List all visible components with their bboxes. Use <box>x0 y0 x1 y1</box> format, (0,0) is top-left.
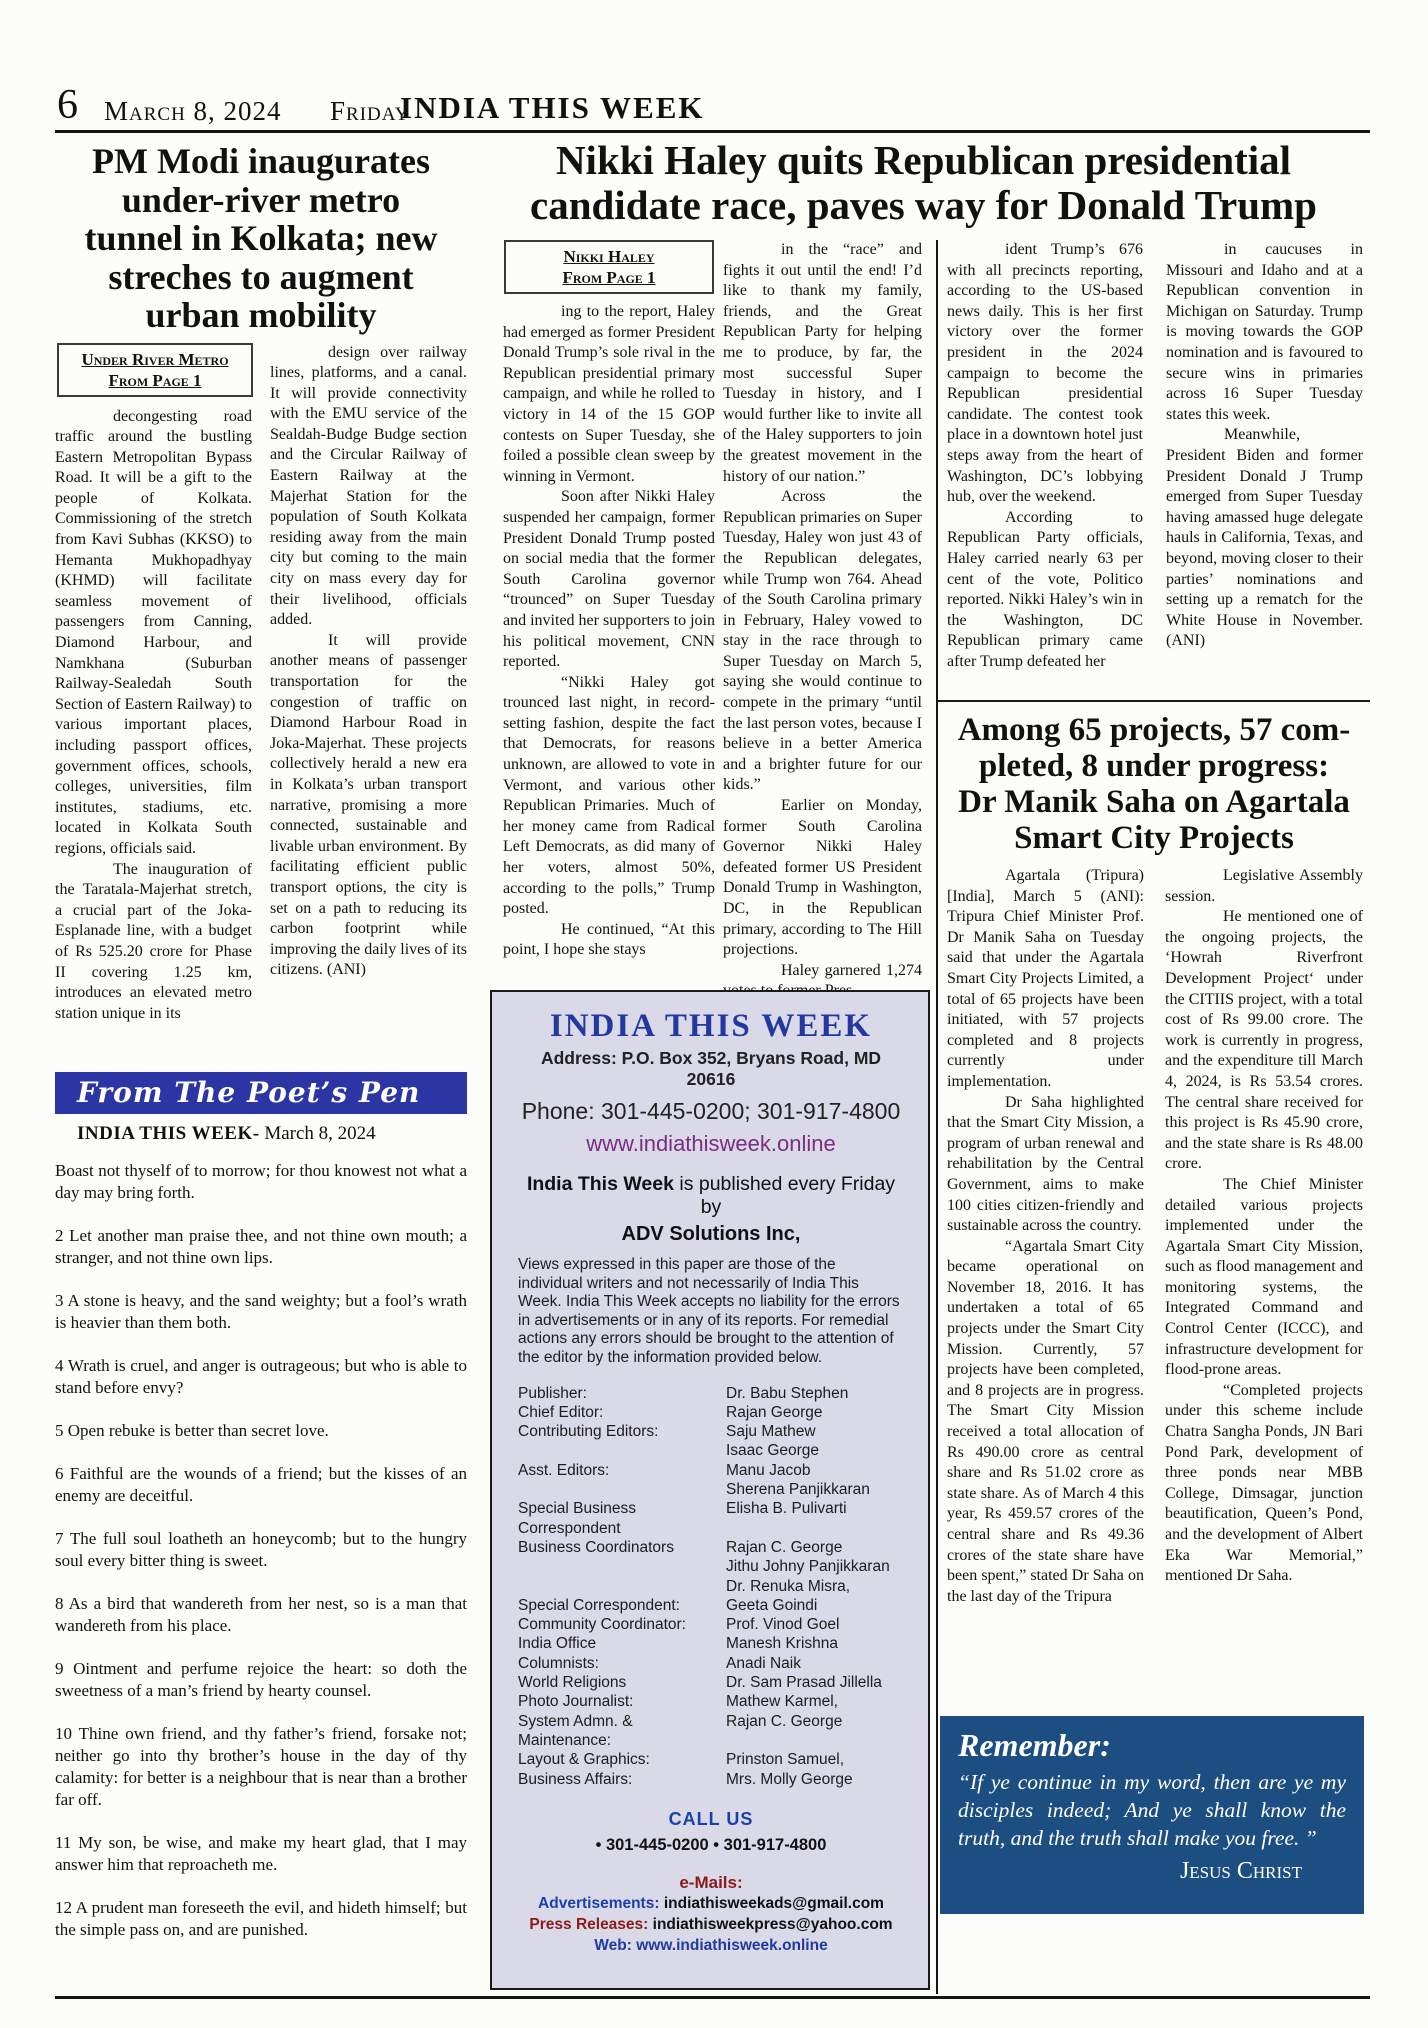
haley-continuation-page: From Page 1 <box>562 268 655 287</box>
staff-role: Special Correspondent: <box>518 1596 726 1615</box>
bottom-rule <box>55 1996 1370 1999</box>
email-value-web: www.indiathisweek.online <box>632 1937 828 1954</box>
haley-paragraph: Soon after Nikki Haley suspended her cam… <box>503 487 715 672</box>
staff-role: Special Business Correspondent <box>518 1499 726 1538</box>
poets-pen-banner: From The Poet’s Pen <box>55 1072 467 1114</box>
agartala-column-1: Agartala (Tripura) [India], March 5 (ANI… <box>947 866 1144 1607</box>
poets-pen-verse: 8 As a bird that wandereth from her nest… <box>55 1593 467 1637</box>
staff-names: Dr. Sam Prasad Jillella <box>726 1673 904 1692</box>
agartala-paragraph: He mentioned one of the ongoing projects… <box>1165 907 1363 1175</box>
staff-row: World Religions Dr. Sam Prasad Jillella <box>518 1673 904 1692</box>
staff-names: Anadi Naik <box>726 1654 904 1673</box>
poets-pen-dateline-date: March 8, 2024 <box>260 1123 376 1144</box>
metro-paragraph: decongesting road traffic around the bus… <box>55 407 252 860</box>
call-us-heading: CALL US <box>518 1809 904 1830</box>
staff-role: Business Coordinators <box>518 1538 726 1596</box>
haley-paragraph: ing to the report, Haley had emerged as … <box>503 302 715 487</box>
call-us-numbers: • 301-445-0200 • 301-917-4800 <box>518 1836 904 1855</box>
staff-row: Columnists: Anadi Naik <box>518 1654 904 1673</box>
poets-pen-verse: 11 My son, be wise, and make my heart gl… <box>55 1832 467 1876</box>
email-value-press: indiathisweekpress@yahoo.com <box>648 1916 892 1933</box>
staff-role: Publisher: <box>518 1384 726 1403</box>
infobox-published-line: India This Week is published every Frida… <box>518 1173 904 1219</box>
poets-pen-dateline: INDIA THIS WEEK- March 8, 2024 <box>55 1123 467 1145</box>
staff-row: Business Coordinators Rajan C. George Ji… <box>518 1538 904 1596</box>
poets-pen-verse: 9 Ointment and perfume rejoice the heart… <box>55 1658 467 1702</box>
haley-paragraph: in the “race” and fights it out until th… <box>723 240 922 487</box>
poets-pen-verse: 12 A prudent man foreseeth the evil, and… <box>55 1897 467 1941</box>
staff-role: Photo Journalist: <box>518 1692 726 1711</box>
issue-date: March 8, 2024 <box>104 96 282 127</box>
infobox: INDIA THIS WEEK Address: P.O. Box 352, B… <box>490 990 930 1990</box>
agartala-paragraph: The Chief Minister detailed various proj… <box>1165 1175 1363 1381</box>
staff-names: Manesh Krishna <box>726 1634 904 1653</box>
poets-pen-verse: 5 Open rebuke is better than secret love… <box>55 1420 467 1442</box>
poets-pen-verse: 7 The full soul loatheth an honeycomb; b… <box>55 1528 467 1572</box>
remember-quote: “If ye continue in my word, then are ye … <box>958 1768 1346 1852</box>
metro-column-2: design over railway lines, platforms, an… <box>270 343 467 1025</box>
staff-row: System Admn. & Maintenance: Rajan C. Geo… <box>518 1712 904 1751</box>
article-metro: PM Modi inaugurates under-river metro tu… <box>55 142 467 1024</box>
staff-role: Columnists: <box>518 1654 726 1673</box>
staff-role: System Admn. & Maintenance: <box>518 1712 726 1751</box>
staff-names: Prinston Samuel, <box>726 1750 904 1769</box>
email-label-press: Press Releases: <box>529 1916 648 1933</box>
email-value-advertisements: indiathisweekads@gmail.com <box>660 1895 884 1912</box>
metro-paragraph: design over railway lines, platforms, an… <box>270 343 467 631</box>
infobox-published-rest: is published every Friday by <box>674 1173 895 1218</box>
haley-paragraph: According to Republican Party officials,… <box>947 508 1143 673</box>
infobox-website: www.indiathisweek.online <box>518 1131 904 1157</box>
staff-row: Layout & Graphics: Prinston Samuel, <box>518 1750 904 1769</box>
haley-continuation-box: Nikki Haley From Page 1 <box>504 240 714 294</box>
infobox-staff-list: Publisher: Dr. Babu Stephen Chief Editor… <box>518 1384 904 1789</box>
staff-row: Asst. Editors: Manu Jacob Sherena Panjik… <box>518 1461 904 1500</box>
haley-paragraph: “Nikki Haley got trounced last night, in… <box>503 673 715 920</box>
staff-role: Layout & Graphics: <box>518 1750 726 1769</box>
email-label-advertisements: Advertisements: <box>538 1895 659 1912</box>
poets-pen-verse: 10 Thine own friend, and thy father’s fr… <box>55 1723 467 1811</box>
haley-paragraph: ident Trump’s 676 with all precincts rep… <box>947 240 1143 508</box>
staff-role: Contributing Editors: <box>518 1422 726 1461</box>
haley-paragraph: Earlier on Monday, former South Carolina… <box>723 796 922 961</box>
staff-row: Community Coordinator: Prof. Vinod Goel <box>518 1615 904 1634</box>
weekday: Friday <box>330 96 409 127</box>
poets-pen-verse: 2 Let another man praise thee, and not t… <box>55 1225 467 1269</box>
newspaper-masthead: INDIA THIS WEEK <box>400 90 705 126</box>
staff-row: Business Affairs: Mrs. Molly George <box>518 1770 904 1789</box>
metro-paragraph: The inauguration of the Taratala-Majerha… <box>55 860 252 1025</box>
metro-continuation-box: Under River Metro From Page 1 <box>57 343 253 397</box>
haley-column-a: Nikki Haley From Page 1 ing to the repor… <box>503 240 715 961</box>
email-row-web: Web: www.indiathisweek.online <box>518 1935 904 1956</box>
staff-names: Saju Mathew Isaac George <box>726 1422 904 1461</box>
staff-row: Contributing Editors: Saju Mathew Isaac … <box>518 1422 904 1461</box>
remember-box: Remember: “If ye continue in my word, th… <box>940 1716 1364 1914</box>
staff-names: Rajan C. George <box>726 1712 904 1751</box>
agartala-paragraph: “Completed projects under this scheme in… <box>1165 1381 1363 1587</box>
staff-row: Photo Journalist: Mathew Karmel, <box>518 1692 904 1711</box>
staff-role: India Office <box>518 1634 726 1653</box>
page-number: 6 <box>57 84 78 126</box>
infobox-company: ADV Solutions Inc, <box>518 1223 904 1246</box>
staff-row: Special Correspondent: Geeta Goindi <box>518 1596 904 1615</box>
newspaper-page: { "colors": { "poet_banner_blue": "#2b35… <box>0 0 1428 2028</box>
email-row-advertisements: Advertisements: indiathisweekads@gmail.c… <box>518 1893 904 1914</box>
infobox-disclaimer: Views expressed in this paper are those … <box>518 1256 904 1368</box>
staff-names: Mrs. Molly George <box>726 1770 904 1789</box>
poets-pen-verse: 3 A stone is heavy, and the sand weighty… <box>55 1290 467 1334</box>
haley-paragraph: in caucuses in Missouri and Idaho and at… <box>1166 240 1363 425</box>
staff-role: Community Coordinator: <box>518 1615 726 1634</box>
staff-names: Rajan George <box>726 1403 904 1422</box>
haley-column-d: in caucuses in Missouri and Idaho and at… <box>1166 240 1363 652</box>
poets-pen-verse: Boast not thyself of to morrow; for thou… <box>55 1160 467 1204</box>
poets-pen-section: From The Poet’s Pen INDIA THIS WEEK- Mar… <box>55 1072 467 1962</box>
agartala-paragraph: Dr Saha highlighted that the Smart City … <box>947 1093 1144 1237</box>
emails-heading: e-Mails: <box>518 1873 904 1893</box>
staff-row: Chief Editor: Rajan George <box>518 1403 904 1422</box>
infobox-title: INDIA THIS WEEK <box>518 1008 904 1044</box>
haley-paragraph: He continued, “At this point, I hope she… <box>503 920 715 961</box>
staff-names: Elisha B. Pulivarti <box>726 1499 904 1538</box>
haley-paragraph: Meanwhile, President Biden and former Pr… <box>1166 425 1363 652</box>
email-label-web: Web: <box>594 1937 632 1954</box>
staff-role: Chief Editor: <box>518 1403 726 1422</box>
infobox-address: Address: P.O. Box 352, Bryans Road, MD 2… <box>518 1048 904 1090</box>
infobox-phone: Phone: 301-445-0200; 301-917-4800 <box>518 1098 904 1125</box>
haley-column-b: in the “race” and fights it out until th… <box>723 240 922 1002</box>
poets-pen-verses: Boast not thyself of to morrow; for thou… <box>55 1160 467 1941</box>
staff-names: Manu Jacob Sherena Panjikkaran <box>726 1461 904 1500</box>
remember-attribution: Jesus Christ <box>958 1858 1346 1885</box>
agartala-paragraph: “Agartala Smart City became operational … <box>947 1237 1144 1608</box>
infobox-published-name: India This Week <box>527 1173 674 1195</box>
staff-role: World Religions <box>518 1673 726 1692</box>
email-row-press: Press Releases: indiathisweekpress@yahoo… <box>518 1914 904 1935</box>
haley-continuation-title: Nikki Haley <box>563 247 654 266</box>
haley-paragraph: Across the Republican primaries on Super… <box>723 487 922 796</box>
haley-column-c: ident Trump’s 676 with all precincts rep… <box>947 240 1143 672</box>
staff-names: Dr. Babu Stephen <box>726 1384 904 1403</box>
agartala-headline: Among 65 projects, 57 com- pleted, 8 und… <box>938 712 1370 856</box>
header-rule <box>55 130 1370 133</box>
staff-row: India Office Manesh Krishna <box>518 1634 904 1653</box>
agartala-paragraph: Agartala (Tripura) [India], March 5 (ANI… <box>947 866 1144 1093</box>
metro-headline: PM Modi inaugurates under-river metro tu… <box>55 142 467 335</box>
poets-pen-dateline-title: INDIA THIS WEEK- <box>77 1123 260 1144</box>
staff-names: Geeta Goindi <box>726 1596 904 1615</box>
staff-row: Special Business Correspondent Elisha B.… <box>518 1499 904 1538</box>
poets-pen-verse: 4 Wrath is cruel, and anger is outrageou… <box>55 1355 467 1399</box>
agartala-column-2: Legislative Assembly session.He mentione… <box>1165 866 1363 1607</box>
staff-names: Mathew Karmel, <box>726 1692 904 1711</box>
metro-continuation-title: Under River Metro <box>81 350 228 369</box>
staff-row: Publisher: Dr. Babu Stephen <box>518 1384 904 1403</box>
haley-headline: Nikki Haley quits Republican presidentia… <box>477 138 1370 228</box>
metro-paragraph: It will provide another means of passeng… <box>270 631 467 981</box>
metro-column-1: Under River Metro From Page 1 decongesti… <box>55 343 252 1025</box>
remember-title: Remember: <box>958 1726 1346 1764</box>
staff-role: Asst. Editors: <box>518 1461 726 1500</box>
staff-names: Prof. Vinod Goel <box>726 1615 904 1634</box>
article-agartala: Among 65 projects, 57 com- pleted, 8 und… <box>938 700 1370 1607</box>
staff-names: Rajan C. George Jithu Johny Panjikkaran … <box>726 1538 904 1596</box>
poets-pen-verse: 6 Faithful are the wounds of a friend; b… <box>55 1463 467 1507</box>
staff-role: Business Affairs: <box>518 1770 726 1789</box>
metro-continuation-page: From Page 1 <box>108 371 201 390</box>
agartala-paragraph: Legislative Assembly session. <box>1165 866 1363 907</box>
